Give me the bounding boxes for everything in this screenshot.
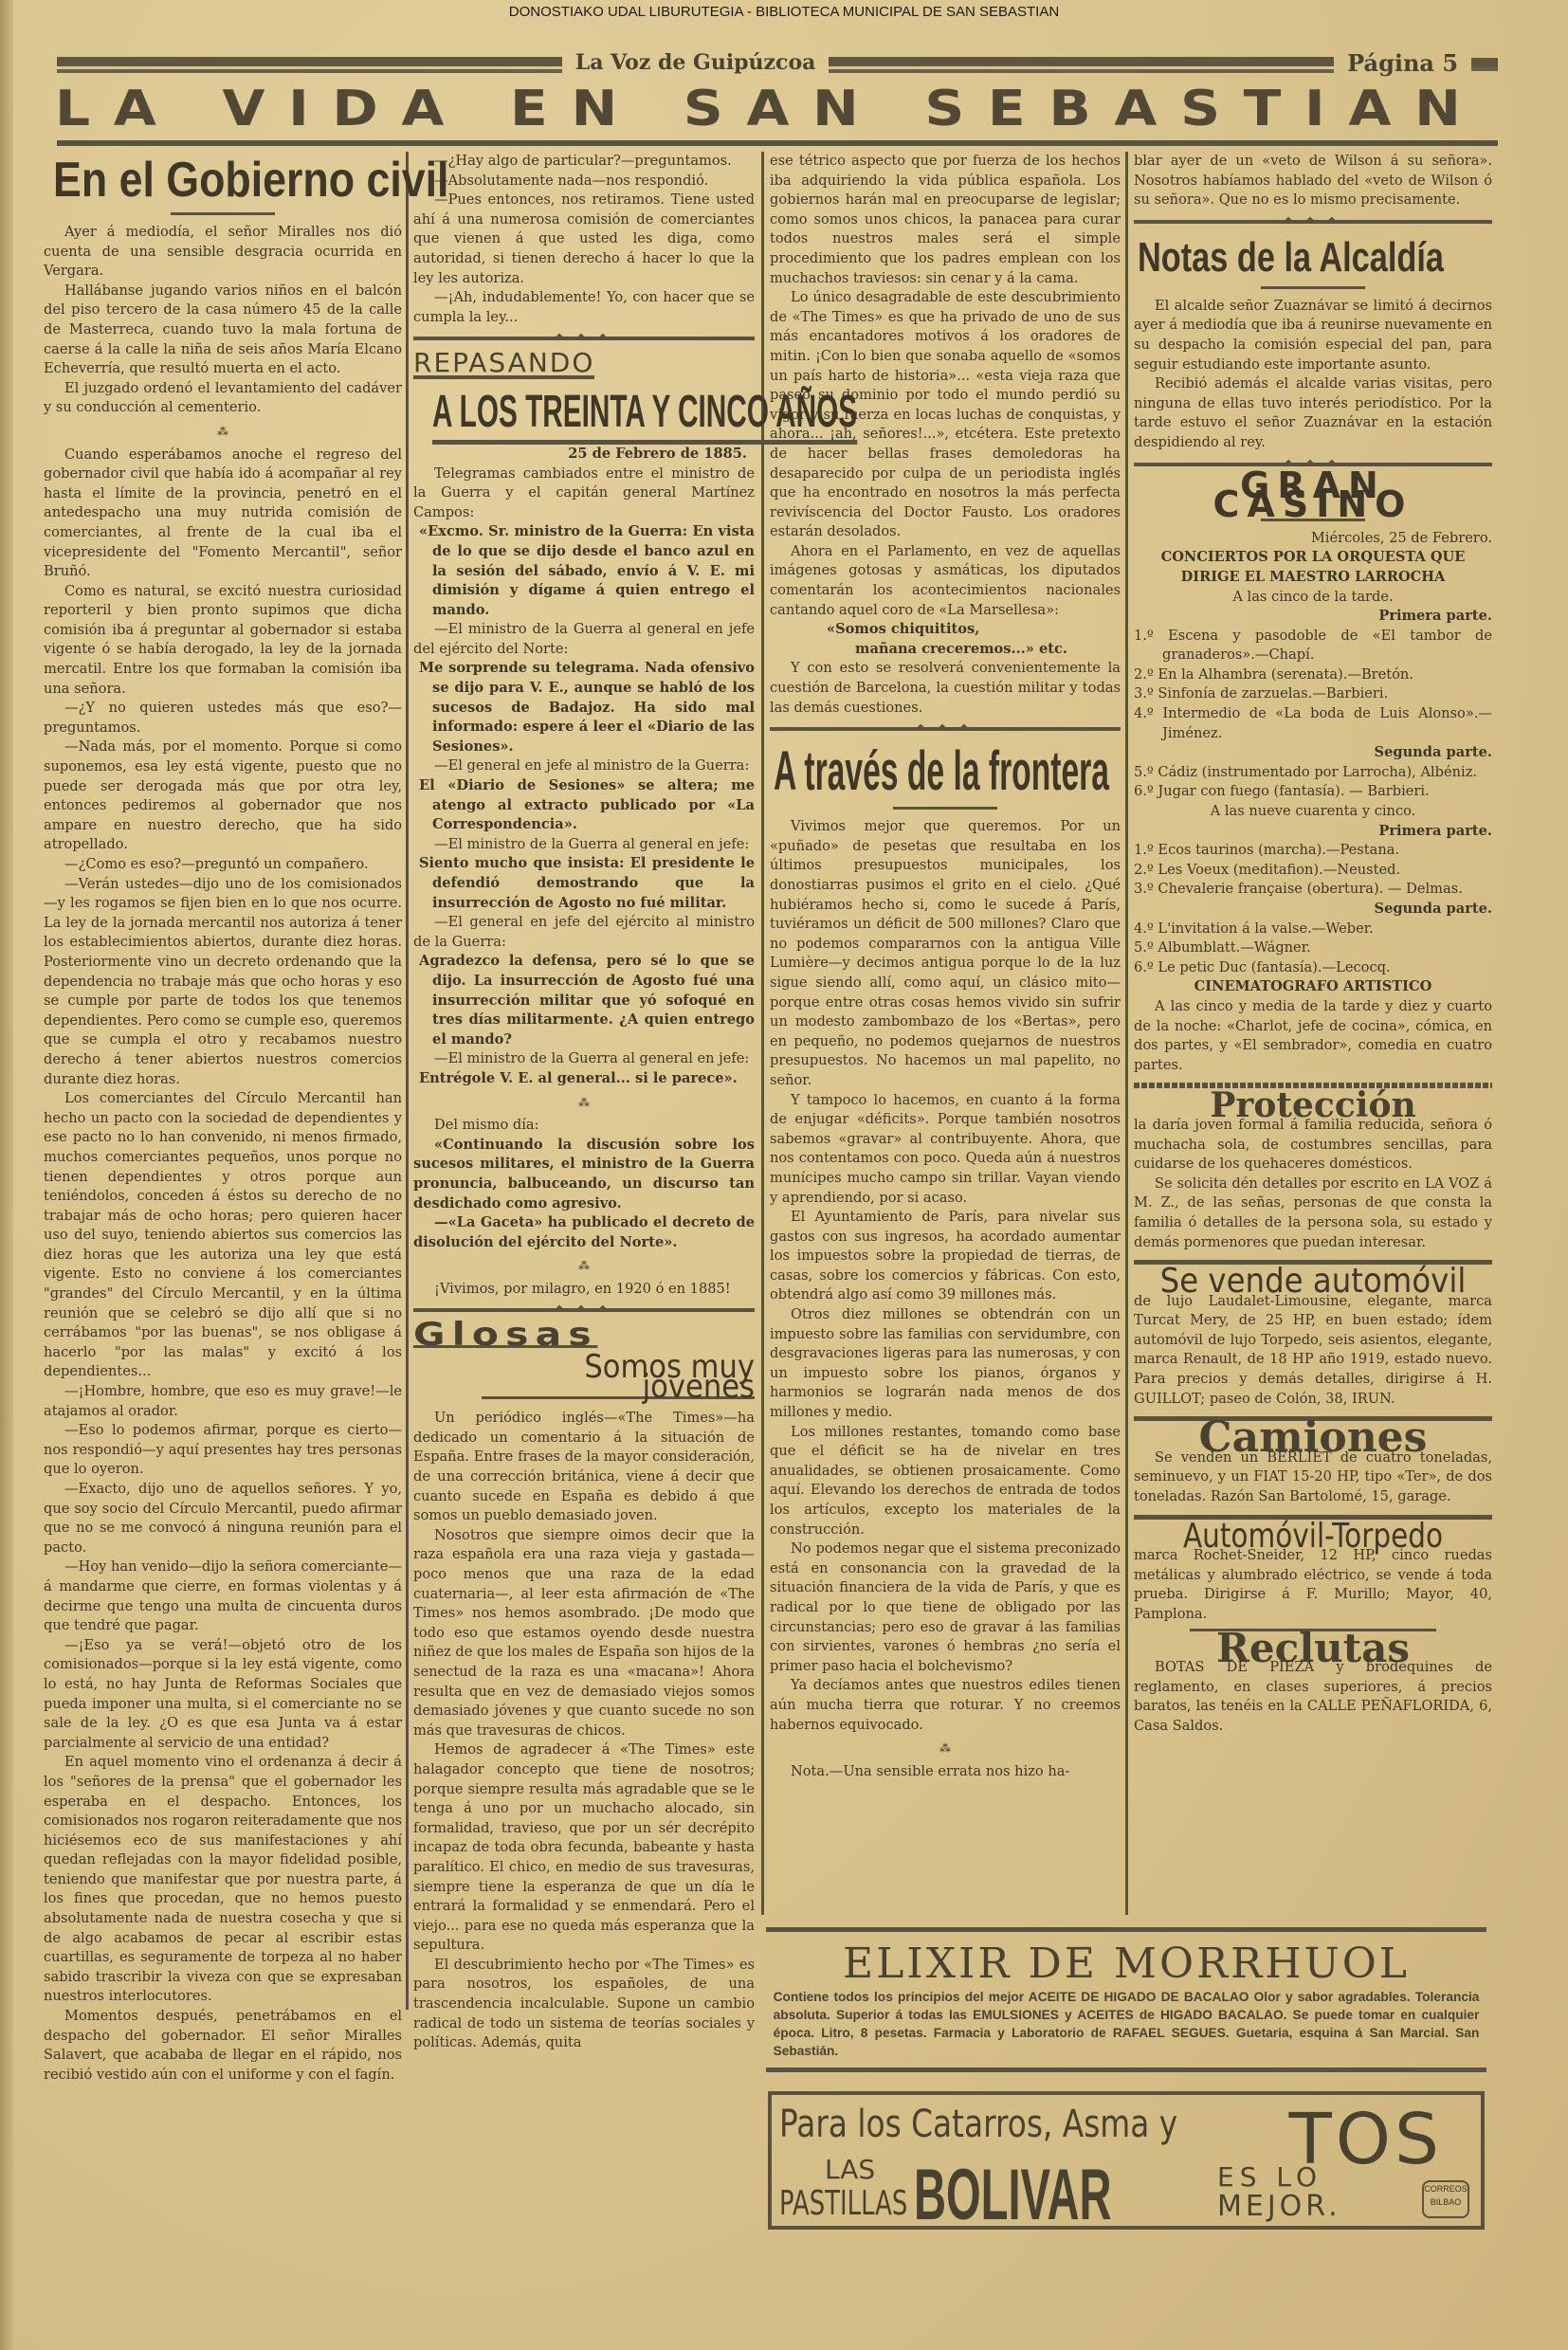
seal-top: CORREOS [1424, 2182, 1468, 2195]
paragraph: Como es natural, se excitó nuestra curio… [44, 582, 402, 700]
telegram: Entrégole V. E. al general... si le pare… [413, 1069, 755, 1089]
headline-rule [171, 212, 275, 215]
paper-name: La Voz de Guipúzcoa [575, 50, 816, 75]
paragraph: «Continuando la discusión sobre los suce… [413, 1136, 755, 1213]
casino-subtitle: CONCIERTOS POR LA ORQUESTA QUE DIRIGE EL… [1134, 548, 1492, 587]
headline-somos-muy-jovenes: Somos muy jóvenes [482, 1357, 755, 1399]
program-part-label: Primera parte. [1134, 607, 1492, 627]
telegram-list: Me sorprende su telegrama. Nada ofensivo… [413, 659, 755, 756]
headline-gran-casino: GRAN CASINO [1134, 476, 1492, 515]
masthead: La Voz de Guipúzcoa Página 5 [57, 49, 1498, 76]
program-item: 1.º Escena y pasodoble de «El tambor de … [1134, 627, 1492, 665]
paragraph: —Exacto, dijo uno de aquellos señores. Y… [44, 1480, 402, 1558]
telegram-list: «Excmo. Sr. ministro de la Guerra: En vi… [413, 522, 755, 620]
paragraph: —Hoy han venido—dijo la señora comercian… [44, 1558, 402, 1635]
paragraph: marca Rochet-Sneider, 12 HP, cinco rueda… [1134, 1546, 1492, 1624]
telegram: Siento mucho que insista: El presidente … [413, 854, 755, 913]
paragraph: Y tampoco lo hacemos, en cuanto á la for… [770, 1091, 1121, 1209]
paragraph: —¿Hay algo de particular?—preguntamos. [413, 152, 755, 172]
paragraph: —¡Eso ya se verá!—objetó otro de los com… [44, 1636, 402, 1754]
program-item: 5.º Albumblatt.—Wágner. [1134, 938, 1492, 958]
paragraph: —Eso lo podemos afirmar, porque es ciert… [44, 1421, 402, 1480]
paragraph: Un periódico inglés—«The Times»—ha dedic… [413, 1409, 755, 1526]
paragraph: —¡Hombre, hombre, que eso es muy grave!—… [44, 1382, 402, 1421]
verse-line: mañana creceremos...» etc. [770, 640, 1121, 660]
paragraph: —Nada más, por el momento. Porque si com… [44, 738, 402, 855]
paragraph: Se venden un BERLIET de cuatro toneladas… [1134, 1448, 1492, 1507]
column-divider [1125, 152, 1128, 1915]
bolivar-mejor: MEJOR. [1217, 2190, 1341, 2223]
paragraph: Nosotros que siempre oimos decir que la … [413, 1526, 755, 1741]
bolivar-ad: Para los Catarros, Asma y TOS LAS PASTIL… [768, 2091, 1485, 2230]
headline-reclutas: Reclutas [1134, 1639, 1492, 1659]
telegram-intro: —El general en jefe al ministro de la Gu… [413, 756, 755, 776]
paragraph: El Ayuntamiento de París, para nivelar s… [770, 1208, 1121, 1305]
program-part-label: Segunda parte. [1134, 900, 1492, 920]
program-item: 1.º Ecos taurinos (marcha).—Pestana. [1134, 841, 1492, 861]
paragraph: —¿Y no quieren ustedes más que eso?—preg… [44, 699, 402, 738]
ornament-divider [1134, 220, 1492, 224]
paragraph: —Pues entonces, nos retiramos. Tiene ust… [413, 191, 755, 288]
headline-notas-de-la-alcaldia: Notas de la Alcaldía [1138, 233, 1414, 282]
page-edge [0, 0, 13, 2350]
ornament-divider [413, 337, 755, 340]
telegram-list: El «Diario de Sesiones» se altera; me at… [413, 776, 755, 835]
paragraph: Cuando esperábamos anoche el regreso del… [44, 446, 402, 582]
headline-se-vende-automovil: Se vende automóvil [1152, 1272, 1474, 1292]
kicker-glosas: Glosas [413, 1325, 598, 1348]
cine-title: CINEMATOGRAFO ARTISTICO [1134, 977, 1492, 997]
paragraph: ese tétrico aspecto que por fuerza de lo… [770, 152, 1121, 288]
bolivar-pastillas: PASTILLAS [779, 2184, 907, 2223]
paragraph: Hallábanse jugando varios niños en el ba… [44, 282, 402, 379]
telegram-list: Siento mucho que insista: El presidente … [413, 854, 755, 913]
paragraph: la daría joven formal á familia reducida… [1134, 1116, 1492, 1175]
headline-a-traves-de-la-frontera: A través de la frontera [774, 740, 975, 803]
casino-session: A las nueve cuarenta y cinco. [1134, 802, 1492, 822]
paragraph: ¡Vivimos, por milagro, en 1920 ó en 1885… [413, 1280, 755, 1300]
column-4: blar ayer de un «veto de Wilson á su señ… [1134, 152, 1492, 1737]
telegram-intro: —El general en jefe del ejército al mini… [413, 913, 755, 952]
bolivar-las: LAS [825, 2154, 875, 2185]
program-item: 6.º Le petic Duc (fantasía).—Lecocq. [1134, 958, 1492, 978]
masthead-rule-left [57, 57, 562, 69]
kicker-repasando: REPASANDO [413, 354, 594, 379]
program-item: 2.º En la Alhambra (serenata).—Bretón. [1134, 665, 1492, 685]
paragraph: Nota.—Una sensible errata nos hizo ha- [770, 1762, 1121, 1782]
bolivar-brand: BOLIVAR [914, 2154, 1112, 2236]
headline-gobierno-civil: En el Gobierno civil [53, 152, 353, 209]
casino-session: A las cinco de la tarde. [1134, 588, 1492, 608]
section-title: LA VIDA EN SAN SEBASTIAN [55, 85, 1568, 133]
paragraph: Los comerciantes del Círculo Mercantil h… [44, 1089, 402, 1382]
paragraph: Y con esto se resolverá convenientemente… [770, 659, 1121, 718]
paragraph: El descubrimiento hecho por «The Times» … [413, 1956, 755, 2053]
program-item: 2.º Les Voeux (meditafion).—Neusted. [1134, 861, 1492, 881]
program-item: 4.º L'invitation á la valse.—Weber. [1134, 920, 1492, 939]
correos-seal-icon: CORREOS BILBAO [1422, 2180, 1469, 2218]
paragraph: Del mismo día: [413, 1116, 755, 1136]
dateline: 25 de Febrero de 1885. [413, 445, 755, 465]
paragraph: Vivimos mejor que queremos. Por un «puña… [770, 817, 1121, 1090]
paragraph: Recibió además el alcalde varias visitas… [1134, 374, 1492, 452]
paragraph: blar ayer de un «veto de Wilson á su señ… [1134, 152, 1492, 210]
paragraph: Ayer á mediodía, el señor Miralles nos d… [44, 223, 402, 282]
column-1: En el Gobierno civil Ayer á mediodía, el… [44, 152, 402, 2085]
page-number: Página 5 [1347, 49, 1458, 77]
program-part-label: Segunda parte. [1134, 743, 1492, 763]
paragraph: El juzgado ordenó el levantamiento del c… [44, 379, 402, 418]
program-part-label: Primera parte. [1134, 822, 1492, 842]
paragraph: Otros diez millones se obtendrán con un … [770, 1305, 1121, 1423]
paragraph: En aquel momento vino el ordenanza á dec… [44, 1753, 402, 2007]
section-rule [57, 140, 1498, 146]
paragraph: —Verán ustedes—dijo uno de los comisiona… [44, 875, 402, 1090]
paragraph: —¿Como es eso?—preguntó un compañero. [44, 855, 402, 875]
telegram: «Excmo. Sr. ministro de la Guerra: En vi… [413, 522, 755, 620]
headline-automovil-torpedo: Automóvil-Torpedo [1166, 1527, 1460, 1547]
headline-camiones: Camiones [1134, 1429, 1492, 1448]
elixir-title: ELIXIR DE MORRHUOL [766, 1940, 1486, 1988]
library-banner: DONOSTIAKO UDAL LIBURUTEGIA - BIBLIOTECA… [0, 4, 1568, 20]
telegram-list: Agradezco la defensa, pero sé lo que se … [413, 952, 755, 1049]
paragraph: A las cinco y media de la tarde y diez y… [1134, 997, 1492, 1075]
ornament-divider [413, 1308, 755, 1312]
paragraph: Momentos después, penetrábamos en el des… [44, 2007, 402, 2085]
telegram: Me sorprende su telegrama. Nada ofensivo… [413, 659, 755, 756]
paragraph: Ya decíamos antes que nuestros ediles ti… [770, 1676, 1121, 1735]
asterism-icon: ⁂ [770, 1739, 1121, 1758]
paragraph: Lo único desagradable de este descubrimi… [770, 288, 1121, 542]
headline-proteccion: Protección [1134, 1096, 1492, 1116]
program-item: 3.º Sinfonía de zarzuelas.—Barbieri. [1134, 684, 1492, 704]
program-item: 6.º Jugar con fuego (fantasía). — Barbie… [1134, 782, 1492, 802]
headline-rule [1261, 286, 1365, 289]
telegram: Agradezco la defensa, pero sé lo que se … [413, 952, 755, 1049]
masthead-rule-end [1471, 58, 1498, 67]
paragraph: No podemos negar que el sistema preconiz… [770, 1539, 1121, 1676]
paragraph: BOTAS DE PIEZA y brodequines de reglamen… [1134, 1658, 1492, 1736]
column-divider [406, 152, 409, 2010]
paragraph: —Absolutamente nada—nos respondió. [413, 172, 755, 191]
telegram-intro: —El ministro de la Guerra al general en … [413, 835, 755, 855]
asterism-icon: ⁂ [413, 1093, 755, 1113]
paragraph: Se solicita dén detalles por escrito en … [1134, 1175, 1492, 1252]
ornament-divider [770, 727, 1121, 731]
paragraph: El alcalde señor Zuaznávar se limitó á d… [1134, 297, 1492, 374]
paragraph: —«La Gaceta» ha publicado el decreto de … [413, 1213, 755, 1252]
elixir-body: Contiene todos los principios del mejor … [774, 1988, 1480, 2060]
program-item: 5.º Cádiz (instrumentado por Larrocha), … [1134, 763, 1492, 783]
program-item: 4.º Intermedio de «La boda de Luis Alons… [1134, 704, 1492, 743]
paragraph: Telegramas cambiados entre el ministro d… [413, 465, 755, 523]
ornament-divider [1134, 463, 1492, 466]
paragraph: de lujo Laudalet-Limousine, elegante, ma… [1134, 1292, 1492, 1410]
verse-line: «Somos chiquititos, [770, 620, 1121, 640]
asterism-icon: ⁂ [413, 1256, 755, 1276]
paragraph: —¡Ah, indudablemente! Yo, con hacer que … [413, 288, 755, 327]
asterism-icon: ⁂ [44, 422, 402, 442]
bolivar-es-lo: ES LO [1217, 2161, 1322, 2193]
program-item: 3.º Chevalerie française (obertura). — D… [1134, 880, 1492, 900]
paragraph: Ahora en el Parlamento, en vez de aquell… [770, 542, 1121, 620]
seal-bottom: BILBAO [1424, 2195, 1468, 2209]
telegram: El «Diario de Sesiones» se altera; me at… [413, 776, 755, 835]
bolivar-line1: Para los Catarros, Asma y [779, 2103, 1177, 2146]
paragraph: Los millones restantes, tomando como bas… [770, 1423, 1121, 1540]
headline-rule [893, 807, 997, 810]
column-2: —¿Hay algo de particular?—preguntamos. —… [413, 152, 755, 2053]
divider [766, 1927, 1486, 1932]
paragraph: Hemos de agradecer á «The Times» este ha… [413, 1740, 755, 1956]
masthead-rule-right [829, 57, 1334, 69]
telegram-intro: —El ministro de la Guerra al general en … [413, 1049, 755, 1069]
telegram-list: Entrégole V. E. al general... si le pare… [413, 1069, 755, 1089]
casino-date: Miércoles, 25 de Febrero. [1134, 529, 1492, 549]
divider [766, 2068, 1486, 2072]
telegram-intro: —El ministro de la Guerra al general en … [413, 620, 755, 659]
column-3: ese tétrico aspecto que por fuerza de lo… [770, 152, 1121, 1781]
elixir-ad: ELIXIR DE MORRHUOL Contiene todos los pr… [766, 1920, 1486, 2080]
